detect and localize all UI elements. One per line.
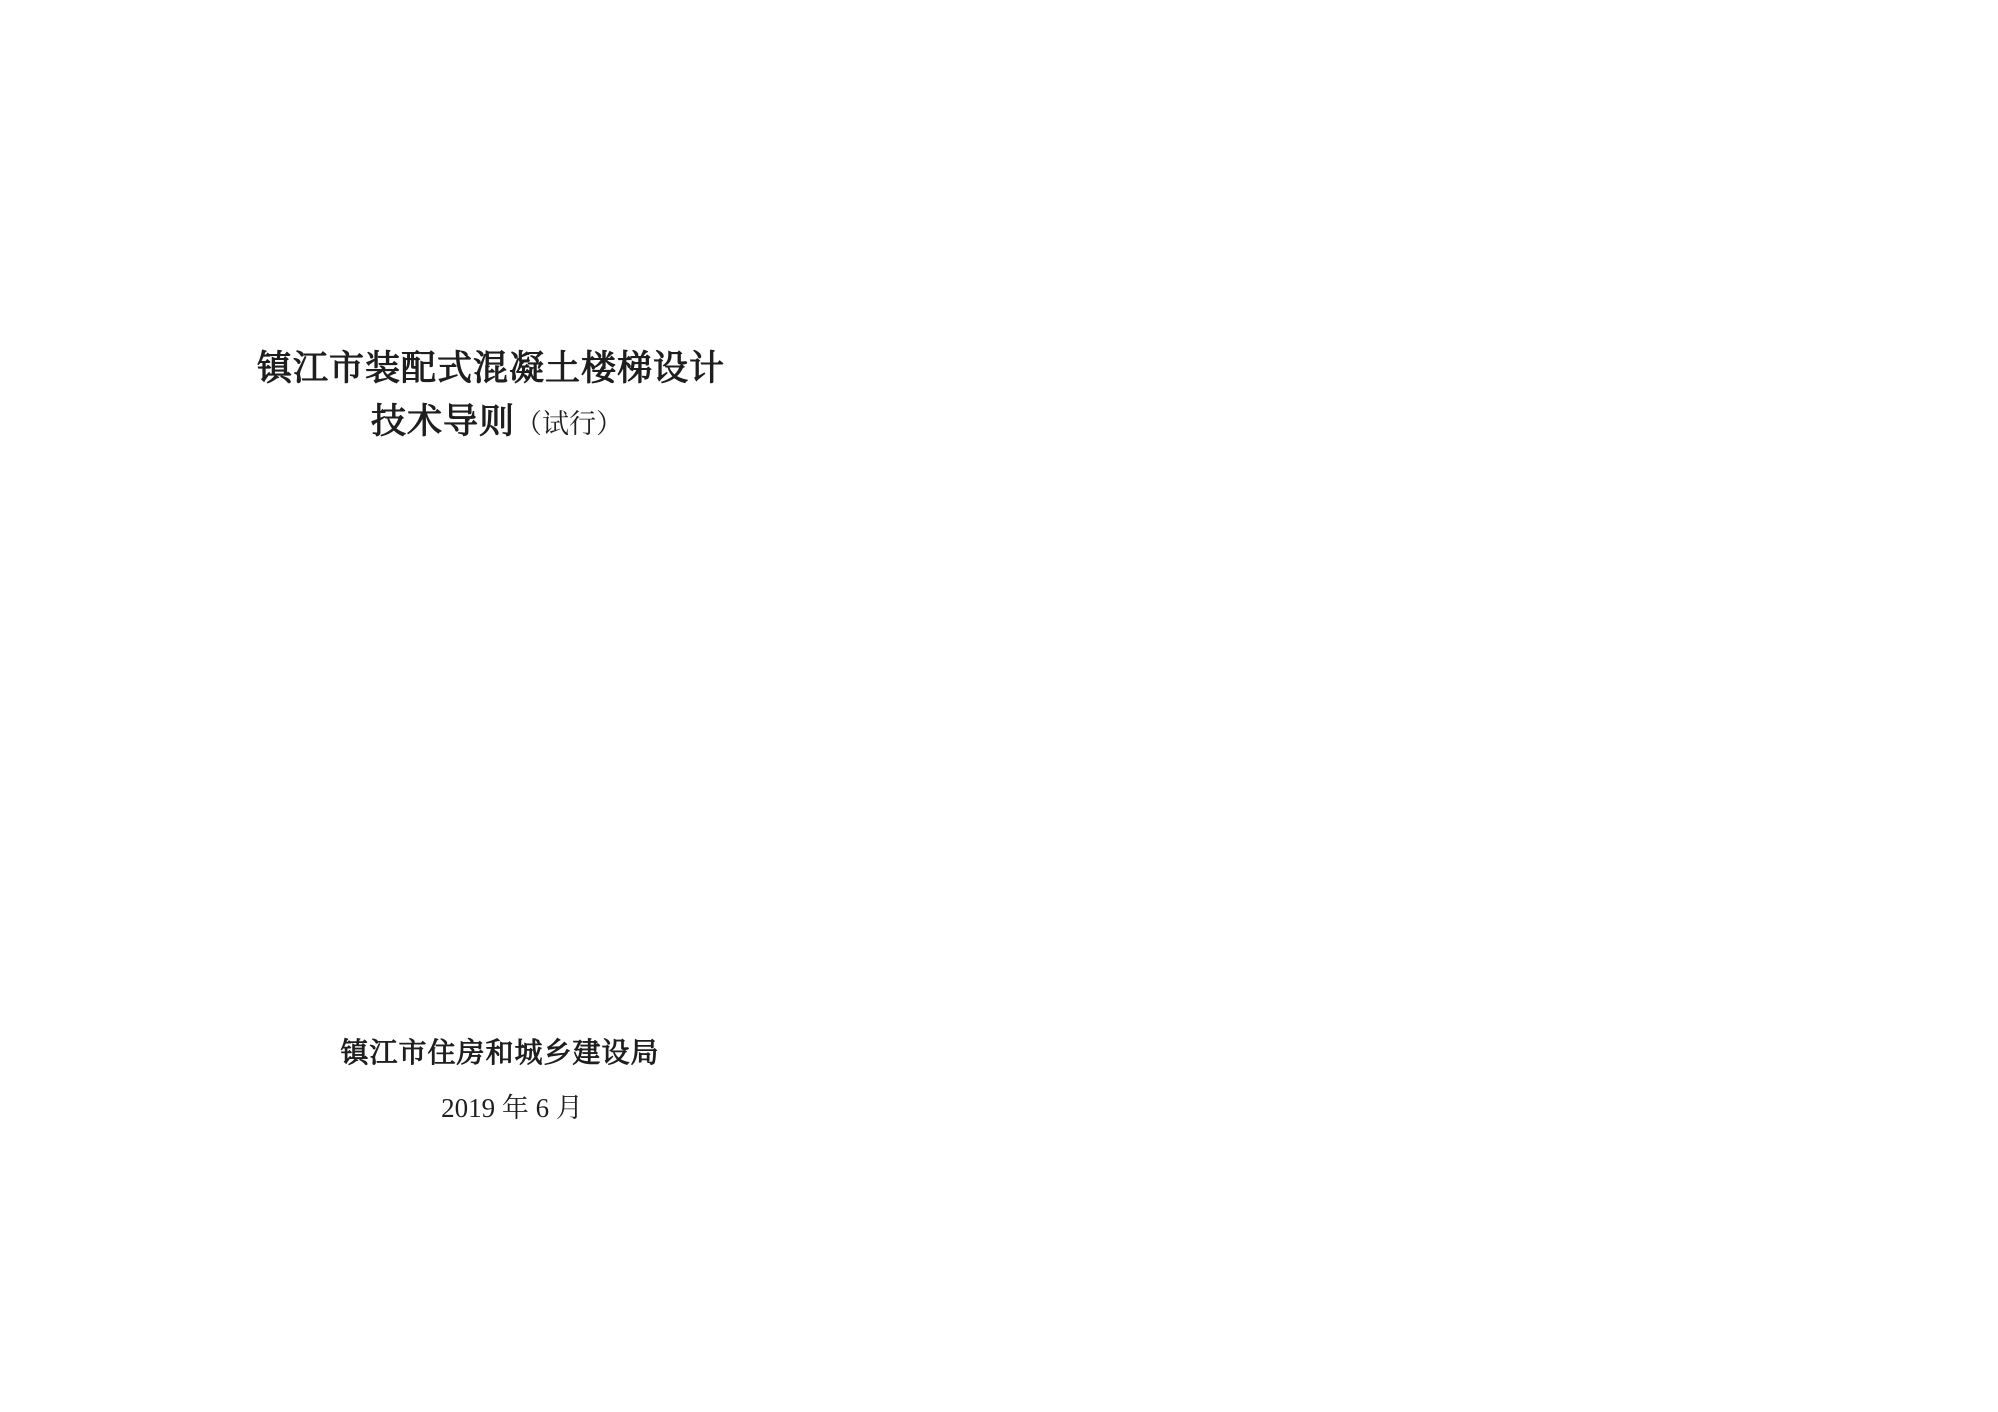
left-doc-title-line2: 技术导则（试行）	[371, 404, 623, 439]
left-cover-page: 镇江市装配式混凝土楼梯设计 技术导则（试行） 镇江市住房和城乡建设局 2019 …	[0, 0, 999, 1412]
left-doc-subtitle: 技术导则	[371, 402, 515, 441]
left-organization-name: 镇江市住房和城乡建设局	[340, 1039, 659, 1067]
left-trial-label: （试行）	[515, 409, 623, 439]
right-cover-page: 镇江市装配式混凝土叠合楼板标准平面 应用技术导则（试行） 镇江市住房和城乡建设局…	[999, 0, 1998, 1412]
left-publication-date: 2019 年 6 月	[441, 1095, 583, 1122]
left-doc-title-line1: 镇江市装配式混凝土楼梯设计	[257, 351, 725, 386]
document-canvas: 镇江市装配式混凝土楼梯设计 技术导则（试行） 镇江市住房和城乡建设局 2019 …	[0, 0, 1998, 1412]
